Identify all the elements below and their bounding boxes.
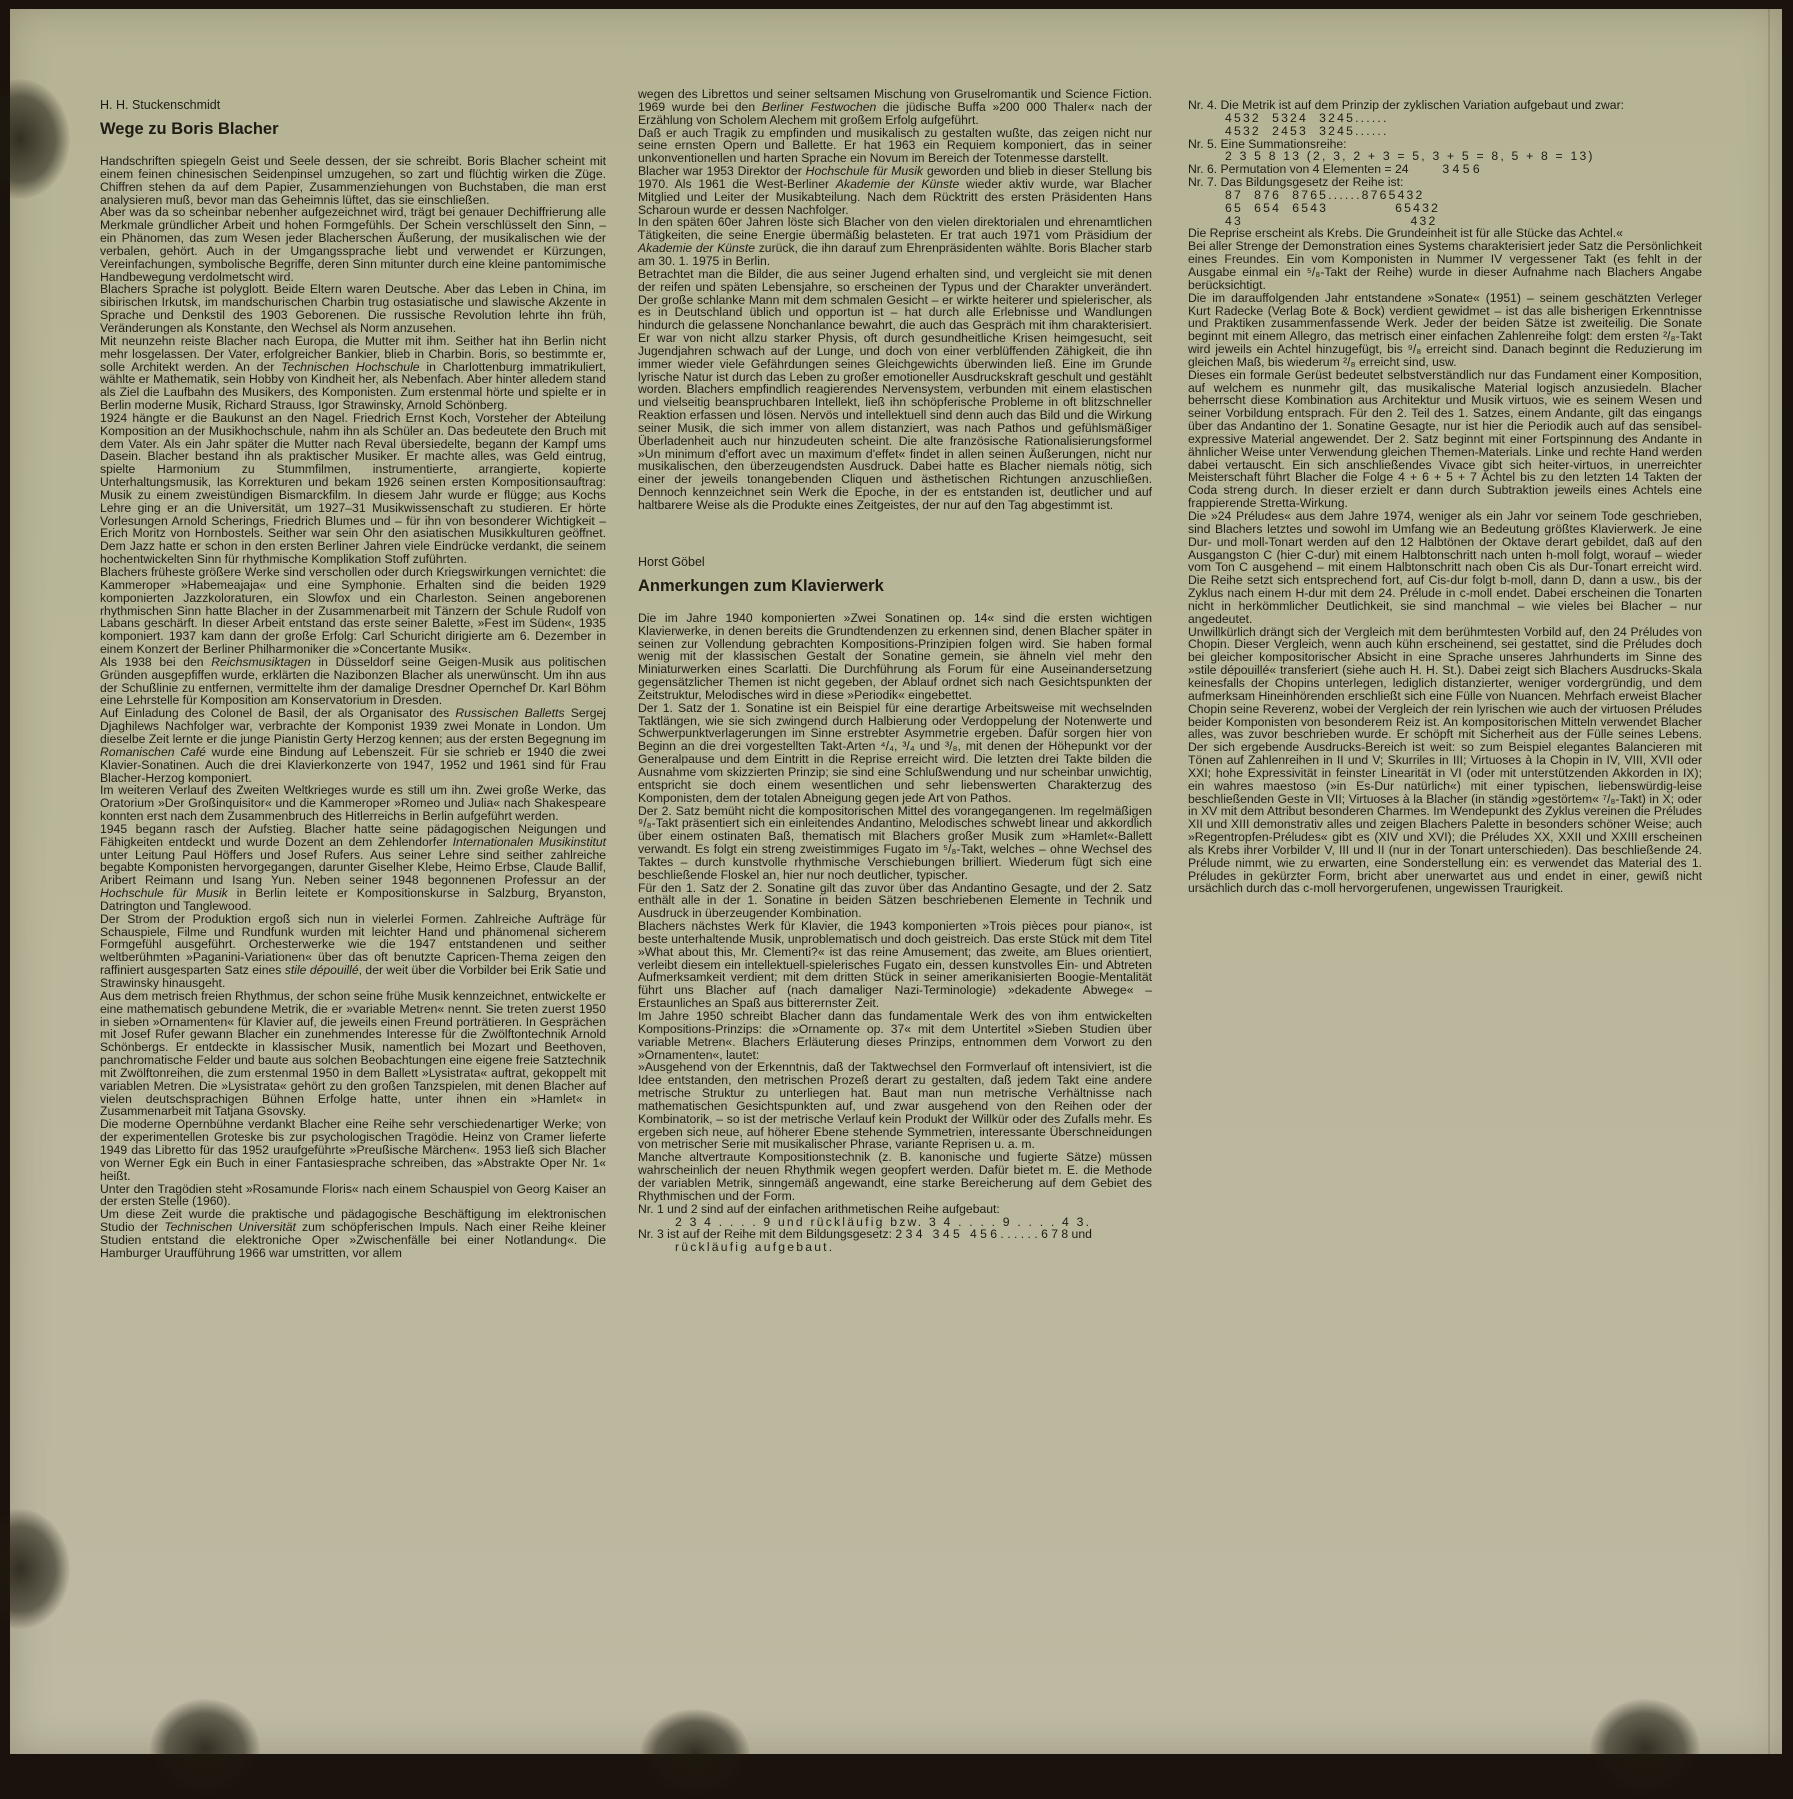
paragraph: Mit neunzehn reiste Blacher nach Europa,… bbox=[100, 335, 606, 412]
article-author: Horst Göbel bbox=[638, 554, 1152, 570]
paragraph: Blachers nächstes Werk für Klavier, die … bbox=[638, 920, 1152, 1010]
series-numbers: rückläufig aufgebaut. bbox=[638, 1241, 1152, 1254]
paragraph: »Ausgehend von der Erkenntnis, daß der T… bbox=[638, 1061, 1152, 1151]
article-title: Wege zu Boris Blacher bbox=[100, 119, 606, 139]
paragraph: Betrachtet man die Bilder, die aus seine… bbox=[638, 268, 1152, 512]
paragraph: Dieses ein formale Gerüst bedeutet selbs… bbox=[1188, 369, 1702, 510]
paragraph: Im Jahre 1950 schreibt Blacher dann das … bbox=[638, 1010, 1152, 1061]
series-numbers: 65 654 6543 65432 bbox=[1188, 202, 1702, 215]
article-body: Die Reprise erscheint als Krebs. Die Gru… bbox=[1188, 227, 1702, 895]
paragraph: Manche altvertraute Kompositionstechnik … bbox=[638, 1151, 1152, 1202]
paragraph: Daß er auch Tragik zu empfinden und musi… bbox=[638, 127, 1152, 166]
column-2: wegen des Librettos und seiner seltsamen… bbox=[638, 88, 1152, 1254]
series-item: Nr. 7. Das Bildungsgesetz der Reihe ist: bbox=[1188, 176, 1702, 189]
article-title: Anmerkungen zum Klavierwerk bbox=[638, 576, 1152, 596]
paragraph: Der 1. Satz der 1. Sonatine ist ein Beis… bbox=[638, 702, 1152, 805]
paragraph: Der Strom der Produktion ergoß sich nun … bbox=[100, 913, 606, 990]
series-list: Nr. 1 und 2 sind auf der einfachen arith… bbox=[638, 1203, 1152, 1254]
paragraph: 1924 hängte er die Baukunst an den Nagel… bbox=[100, 412, 606, 566]
paragraph: Unwillkürlich drängt sich der Vergleich … bbox=[1188, 626, 1702, 896]
paragraph: 1945 begann rasch der Aufstieg. Blacher … bbox=[100, 823, 606, 913]
paragraph: wegen des Librettos und seiner seltsamen… bbox=[638, 88, 1152, 127]
series-list: Nr. 4. Die Metrik ist auf dem Prinzip de… bbox=[1188, 99, 1702, 227]
paragraph: Um diese Zeit wurde die praktische und p… bbox=[100, 1208, 606, 1259]
paragraph: In den späten 60er Jahren löste sich Bla… bbox=[638, 216, 1152, 267]
paragraph: Die im darauffolgenden Jahr entstandene … bbox=[1188, 292, 1702, 369]
paragraph: Aber was da so scheinbar nebenher aufgez… bbox=[100, 206, 606, 283]
finger-shadow bbox=[0, 1509, 70, 1629]
paragraph: Der 2. Satz bemüht nicht die kompositori… bbox=[638, 805, 1152, 882]
paragraph: Auf Einladung des Colonel de Basil, der … bbox=[100, 707, 606, 784]
article-continuation: wegen des Librettos und seiner seltsamen… bbox=[638, 88, 1152, 512]
series-numbers: 87 876 8765......8765432 bbox=[1188, 189, 1702, 202]
series-numbers: 4532 2453 3245...... bbox=[1188, 125, 1702, 138]
finger-shadow bbox=[640, 1709, 750, 1765]
series-item: Nr. 4. Die Metrik ist auf dem Prinzip de… bbox=[1188, 99, 1702, 112]
paragraph: Die moderne Opernbühne verdankt Blacher … bbox=[100, 1118, 606, 1182]
paragraph: Bei aller Strenge der Demonstration eine… bbox=[1188, 240, 1702, 291]
column-1: H. H. Stuckenschmidt Wege zu Boris Blach… bbox=[100, 97, 606, 1260]
article-body: Die im Jahre 1940 komponierten »Zwei Son… bbox=[638, 612, 1152, 1203]
paragraph: Die im Jahre 1940 komponierten »Zwei Son… bbox=[638, 612, 1152, 702]
finger-shadow bbox=[0, 79, 70, 199]
record-sleeve: H. H. Stuckenschmidt Wege zu Boris Blach… bbox=[10, 9, 1782, 1754]
paragraph: Unter den Tragödien steht »Rosamunde Flo… bbox=[100, 1183, 606, 1209]
paragraph: Blacher war 1953 Direktor der Hochschule… bbox=[638, 165, 1152, 216]
column-3: Nr. 4. Die Metrik ist auf dem Prinzip de… bbox=[1188, 99, 1702, 895]
paragraph: Aus dem metrisch freien Rhythmus, der sc… bbox=[100, 990, 606, 1118]
paragraph: Im weiteren Verlauf des Zweiten Weltkrie… bbox=[100, 784, 606, 823]
series-item: Nr. 1 und 2 sind auf der einfachen arith… bbox=[638, 1203, 1152, 1216]
series-numbers: 4532 5324 3245...... bbox=[1188, 112, 1702, 125]
article-author: H. H. Stuckenschmidt bbox=[100, 97, 606, 113]
article-body: Handschriften spiegeln Geist und Seele d… bbox=[100, 155, 606, 1260]
paragraph: Blachers Sprache ist polyglott. Beide El… bbox=[100, 283, 606, 334]
paragraph: Handschriften spiegeln Geist und Seele d… bbox=[100, 155, 606, 206]
finger-shadow bbox=[1590, 1699, 1700, 1765]
paragraph: Die »24 Préludes« aus dem Jahre 1974, we… bbox=[1188, 510, 1702, 626]
paragraph: Als 1938 bei den Reichsmusiktagen in Düs… bbox=[100, 656, 606, 707]
finger-shadow bbox=[150, 1699, 260, 1765]
paragraph: Für den 1. Satz der 2. Sonatine gilt das… bbox=[638, 882, 1152, 921]
paragraph: Blachers früheste größere Werke sind ver… bbox=[100, 566, 606, 656]
